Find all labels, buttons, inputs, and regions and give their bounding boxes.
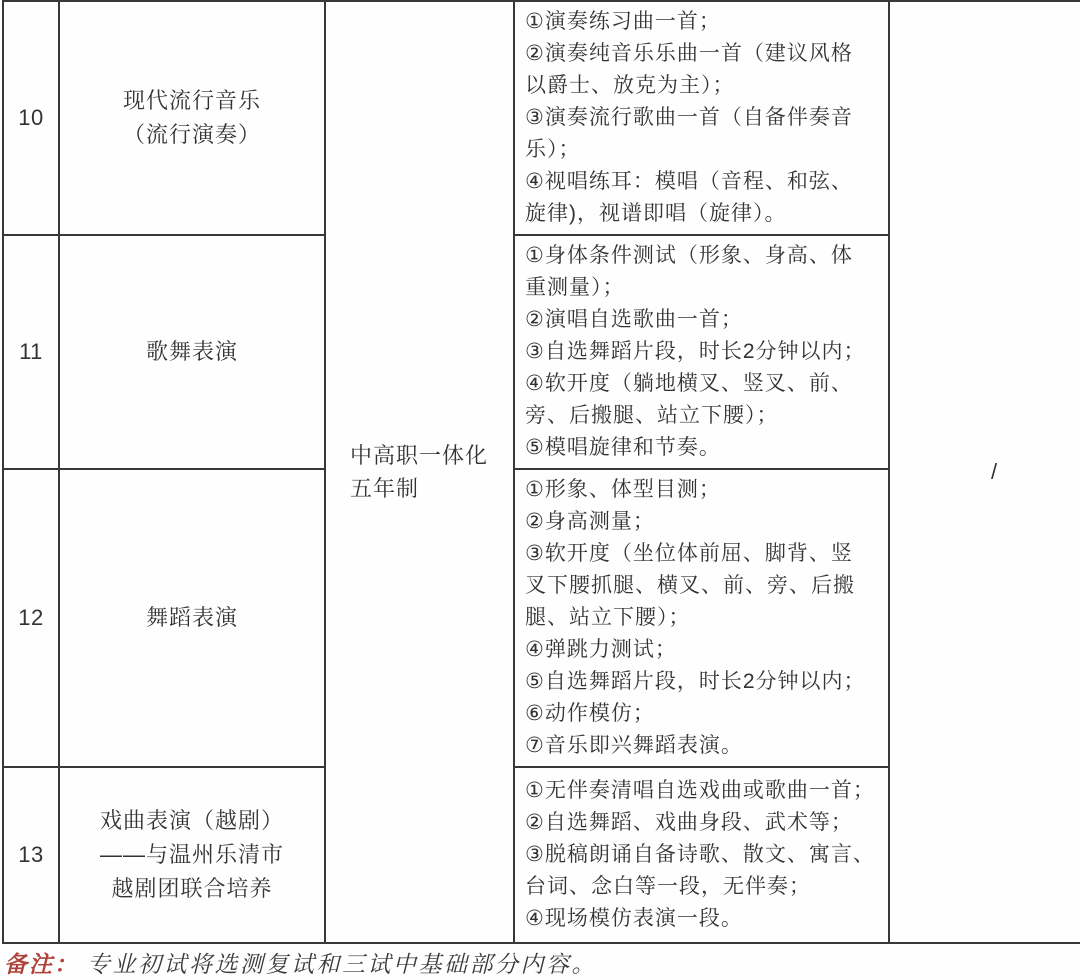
major-name-cell: 歌舞表演	[59, 235, 325, 469]
row-number-cell: 11	[3, 235, 59, 469]
major-name-cell: 舞蹈表演	[59, 469, 325, 767]
exam-content-cell: ①演奏练习曲一首； ②演奏纯音乐乐曲一首（建议风格 以爵士、放克为主）； ③演奏…	[514, 1, 889, 235]
row-number-cell: 12	[3, 469, 59, 767]
footnote-label: 备注：	[4, 952, 79, 977]
major-name-cell: 现代流行音乐 （流行演奏）	[59, 1, 325, 235]
row-number-cell: 10	[3, 1, 59, 235]
exam-content-cell: ①身体条件测试（形象、身高、体 重测量）； ②演唱自选歌曲一首； ③自选舞蹈片段…	[514, 235, 889, 469]
program-type-cell: 中高职一体化 五年制	[325, 1, 514, 943]
row-number-cell: 13	[3, 767, 59, 943]
exam-content-cell: ①形象、体型目测； ②身高测量； ③软开度（坐位体前屈、脚背、竖 叉下腰抓腿、横…	[514, 469, 889, 767]
footnote: 备注：专业初试将选测复试和三试中基础部分内容。	[4, 946, 597, 978]
footnote-text: 专业初试将选测复试和三试中基础部分内容。	[87, 952, 597, 977]
remark-cell: /	[889, 1, 1080, 943]
major-name-cell: 戏曲表演（越剧） ——与温州乐清市 越剧团联合培养	[59, 767, 325, 943]
admission-exam-table: 10 现代流行音乐 （流行演奏） 中高职一体化 五年制 ①演奏练习曲一首； ②演…	[2, 0, 1080, 944]
table-row: 10 现代流行音乐 （流行演奏） 中高职一体化 五年制 ①演奏练习曲一首； ②演…	[3, 1, 1080, 235]
exam-content-cell: ①无伴奏清唱自选戏曲或歌曲一首； ②自选舞蹈、戏曲身段、武术等； ③脱稿朗诵自备…	[514, 767, 889, 943]
